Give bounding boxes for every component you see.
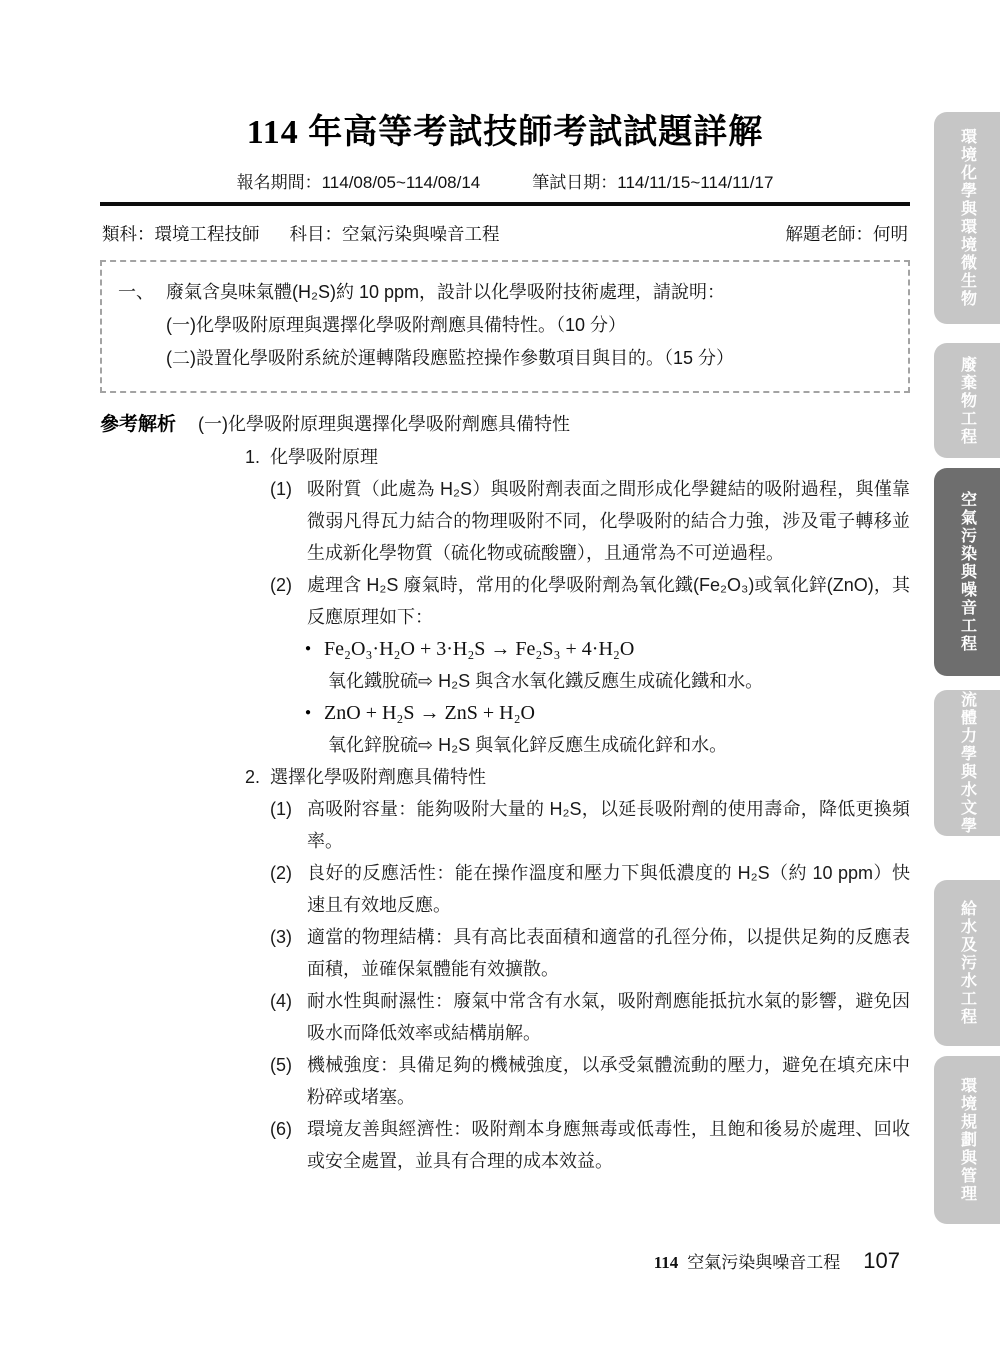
bullet-icon: ● <box>305 633 311 665</box>
exam-date: 筆試日期：114/11/15~114/11/17 <box>532 168 773 193</box>
sub-text: 處理含 H₂S 廢氣時，常用的化學吸附劑為氧化鐵(Fe₂O₃)或氧化鋅(ZnO)… <box>307 569 910 633</box>
analysis-item-1: 1. 化學吸附原理 (1) 吸附質（此處為 H₂S）與吸附劑表面之間形成化學鍵結… <box>245 441 910 761</box>
chemical-equation: Fe₂O₃·H₂O + 3·H₂S → Fe₂S₃ + 4·H₂O <box>324 633 634 665</box>
equation-row: ● ZnO + H₂S → ZnS + H₂O <box>305 697 910 729</box>
teacher-field: 解題老師：何明 <box>786 221 909 246</box>
reaction-item: ● Fe₂O₃·H₂O + 3·H₂S → Fe₂S₃ + 4·H₂O 氧化鐵脫… <box>305 633 910 697</box>
chemical-equation: ZnO + H₂S → ZnS + H₂O <box>324 697 535 729</box>
analysis-section: 參考解析 (一)化學吸附原理與選擇化學吸附劑應具備特性 1. 化學吸附原理 (1… <box>100 409 910 1177</box>
page-title: 114 年高等考試技師考試試題詳解 <box>100 0 910 156</box>
equation-row: ● Fe₂O₃·H₂O + 3·H₂S → Fe₂S₃ + 4·H₂O <box>305 633 910 665</box>
sub-text: 高吸附容量：能夠吸附大量的 H₂S，以延長吸附劑的使用壽命，降低更換頻率。 <box>307 793 910 857</box>
sidebar-tab-air-pollution-noise-active: 空氣污染與噪音工程 <box>934 468 1000 676</box>
meta-row: 類科：環境工程技師 科目：空氣污染與噪音工程 解題老師：何明 <box>100 206 910 260</box>
sub-point: (3) 適當的物理結構：具有高比表面積和適當的孔徑分佈，以提供足夠的反應表面積，… <box>270 921 910 985</box>
sub-text: 耐水性與耐濕性：廢氣中常含有水氣，吸附劑應能抵抗水氣的影響，避免因吸水而降低效率… <box>307 985 910 1049</box>
analysis-item-2: 2. 選擇化學吸附劑應具備特性 (1) 高吸附容量：能夠吸附大量的 H₂S，以延… <box>245 761 910 1177</box>
meta-left: 類科：環境工程技師 科目：空氣污染與噪音工程 <box>102 221 500 246</box>
item-number: 1. <box>245 441 260 473</box>
sub-point: (6) 環境友善與經濟性：吸附劑本身應無毒或低毒性，且飽和後易於處理、回收或安全… <box>270 1113 910 1177</box>
sub-point: (2) 處理含 H₂S 廢氣時，常用的化學吸附劑為氧化鐵(Fe₂O₃)或氧化鋅(… <box>270 569 910 633</box>
sub-number: (2) <box>270 569 307 633</box>
question-part-2: (二)設置化學吸附系統於運轉階段應監控操作參數項目與目的。（15 分） <box>166 342 888 375</box>
bullet-icon: ● <box>305 697 311 729</box>
registration-period: 報名期間：114/08/05~114/08/14 <box>237 168 481 193</box>
sub-point: (2) 良好的反應活性：能在操作溫度和壓力下與低濃度的 H₂S（約 10 ppm… <box>270 857 910 921</box>
book-page: 114 年高等考試技師考試試題詳解 報名期間：114/08/05~114/08/… <box>0 0 1000 1353</box>
footer-year: 114 <box>654 1253 679 1273</box>
sidebar-tab-waste-engineering: 廢棄物工程 <box>934 343 1000 458</box>
analysis-label: 參考解析 <box>100 409 176 436</box>
subject-field: 科目：空氣污染與噪音工程 <box>290 221 500 246</box>
analysis-heading: (一)化學吸附原理與選擇化學吸附劑應具備特性 <box>198 410 570 436</box>
sidebar-tab-fluid-mechanics-hydrology: 流體力學與水文學 <box>934 690 1000 836</box>
question-stem: 廢氣含臭味氣體(H₂S)約 10 ppm，設計以化學吸附技術處理，請說明： <box>166 276 888 309</box>
sidebar-tab-environmental-chemistry-microbiology: 環境化學與環境微生物 <box>934 112 1000 324</box>
question-box: 一、 廢氣含臭味氣體(H₂S)約 10 ppm，設計以化學吸附技術處理，請說明：… <box>100 260 910 393</box>
footer-subject: 空氣污染與噪音工程 <box>687 1248 840 1273</box>
sub-number: (3) <box>270 921 307 985</box>
reaction-list: ● Fe₂O₃·H₂O + 3·H₂S → Fe₂S₃ + 4·H₂O 氧化鐵脫… <box>305 633 910 761</box>
question-part-1: (一)化學吸附原理與選擇化學吸附劑應具備特性。（10 分） <box>166 309 888 342</box>
analysis-item-2-subs: (1) 高吸附容量：能夠吸附大量的 H₂S，以延長吸附劑的使用壽命，降低更換頻率… <box>270 793 910 1177</box>
header-dates: 報名期間：114/08/05~114/08/14 筆試日期：114/11/15~… <box>100 168 910 193</box>
item-number: 2. <box>245 761 260 793</box>
reaction-item: ● ZnO + H₂S → ZnS + H₂O 氧化鋅脫硫⇨ H₂S 與氧化鋅反… <box>305 697 910 761</box>
analysis-item-1-title-row: 1. 化學吸附原理 <box>245 441 910 473</box>
sub-number: (4) <box>270 985 307 1049</box>
analysis-header: 參考解析 (一)化學吸附原理與選擇化學吸附劑應具備特性 <box>100 409 910 436</box>
sub-number: (2) <box>270 857 307 921</box>
page-number: 107 <box>863 1248 900 1274</box>
sub-number: (5) <box>270 1049 307 1113</box>
sub-number: (6) <box>270 1113 307 1177</box>
sub-point: (4) 耐水性與耐濕性：廢氣中常含有水氣，吸附劑應能抵抗水氣的影響，避免因吸水而… <box>270 985 910 1049</box>
item-title: 化學吸附原理 <box>270 441 378 473</box>
sidebar-tab-water-supply-sewerage: 給水及污水工程 <box>934 880 1000 1046</box>
category-field: 類科：環境工程技師 <box>102 221 260 246</box>
sub-number: (1) <box>270 793 307 857</box>
equation-note: 氧化鐵脫硫⇨ H₂S 與含水氧化鐵反應生成硫化鐵和水。 <box>328 665 910 697</box>
main-content: 114 年高等考試技師考試試題詳解 報名期間：114/08/05~114/08/… <box>100 0 910 1177</box>
analysis-item-2-title-row: 2. 選擇化學吸附劑應具備特性 <box>245 761 910 793</box>
analysis-body: 1. 化學吸附原理 (1) 吸附質（此處為 H₂S）與吸附劑表面之間形成化學鍵結… <box>245 441 910 1177</box>
sub-text: 適當的物理結構：具有高比表面積和適當的孔徑分佈，以提供足夠的反應表面積，並確保氣… <box>307 921 910 985</box>
sub-text: 環境友善與經濟性：吸附劑本身應無毒或低毒性，且飽和後易於處理、回收或安全處置，並… <box>307 1113 910 1177</box>
sub-point: (5) 機械強度：具備足夠的機械強度，以承受氣體流動的壓力，避免在填充床中粉碎或… <box>270 1049 910 1113</box>
item-title: 選擇化學吸附劑應具備特性 <box>270 761 486 793</box>
sub-text: 良好的反應活性：能在操作溫度和壓力下與低濃度的 H₂S（約 10 ppm）快速且… <box>307 857 910 921</box>
sidebar-tab-environmental-planning-management: 環境規劃與管理 <box>934 1056 1000 1224</box>
sub-text: 吸附質（此處為 H₂S）與吸附劑表面之間形成化學鍵結的吸附過程，與僅靠微弱凡得瓦… <box>307 473 910 569</box>
question-stem-row: 一、 廢氣含臭味氣體(H₂S)約 10 ppm，設計以化學吸附技術處理，請說明： <box>118 276 888 309</box>
equation-note: 氧化鋅脫硫⇨ H₂S 與氧化鋅反應生成硫化鋅和水。 <box>328 729 910 761</box>
sub-point: (1) 高吸附容量：能夠吸附大量的 H₂S，以延長吸附劑的使用壽命，降低更換頻率… <box>270 793 910 857</box>
sub-text: 機械強度：具備足夠的機械強度，以承受氣體流動的壓力，避免在填充床中粉碎或堵塞。 <box>307 1049 910 1113</box>
sub-number: (1) <box>270 473 307 569</box>
question-number: 一、 <box>118 276 166 309</box>
analysis-item-1-subs: (1) 吸附質（此處為 H₂S）與吸附劑表面之間形成化學鍵結的吸附過程，與僅靠微… <box>270 473 910 761</box>
page-footer: 114 空氣污染與噪音工程 107 <box>654 1248 900 1274</box>
sub-point: (1) 吸附質（此處為 H₂S）與吸附劑表面之間形成化學鍵結的吸附過程，與僅靠微… <box>270 473 910 569</box>
